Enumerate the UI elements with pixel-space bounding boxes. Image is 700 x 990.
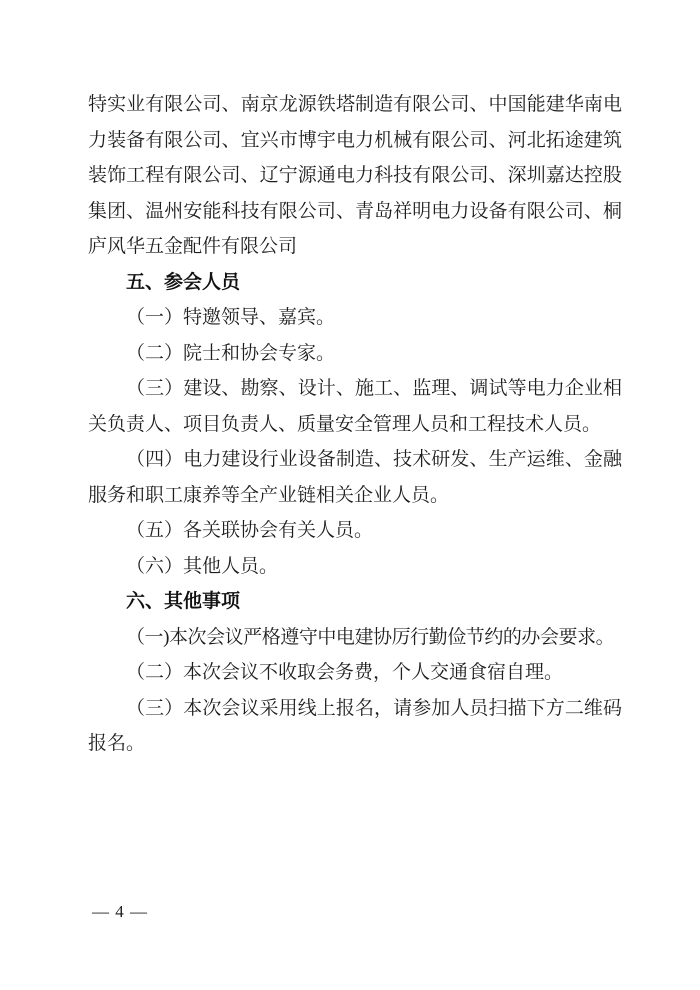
document-page: 特实业有限公司、南京龙源铁塔制造有限公司、中国能建华南电力装备有限公司、宜兴市博… xyxy=(0,0,700,990)
heading-section-five-attendees: 五、参会人员 xyxy=(88,265,622,301)
list-item-3-online-registration: （三）本次会议采用线上报名，请参加人员扫描下方二维码报名。 xyxy=(88,691,622,762)
paragraph-company-list: 特实业有限公司、南京龙源铁塔制造有限公司、中国能建华南电力装备有限公司、宜兴市博… xyxy=(88,87,622,265)
list-item-5-associated-associations: （五）各关联协会有关人员。 xyxy=(88,513,622,549)
list-item-6-other-personnel: （六）其他人员。 xyxy=(88,549,622,585)
list-item-1-invited-leaders: （一）特邀领导、嘉宾。 xyxy=(88,300,622,336)
page-number: — 4 — xyxy=(92,902,148,922)
list-item-2-no-conference-fee: （二）本次会议不收取会务费，个人交通食宿自理。 xyxy=(88,655,622,691)
list-item-2-academicians-experts: （二）院士和协会专家。 xyxy=(88,336,622,372)
list-item-4-industry-chain-staff: （四）电力建设行业设备制造、技术研发、生产运维、金融服务和职工康养等全产业链相关… xyxy=(88,442,622,513)
list-item-1-thrift-requirement: （一)本次会议严格遵守中电建协厉行勤俭节约的办会要求。 xyxy=(88,620,622,656)
heading-section-six-other-matters: 六、其他事项 xyxy=(88,584,622,620)
document-body: 特实业有限公司、南京龙源铁塔制造有限公司、中国能建华南电力装备有限公司、宜兴市博… xyxy=(88,87,622,762)
list-item-3-power-enterprise-staff: （三）建设、勘察、设计、施工、监理、调试等电力企业相关负责人、项目负责人、质量安… xyxy=(88,371,622,442)
